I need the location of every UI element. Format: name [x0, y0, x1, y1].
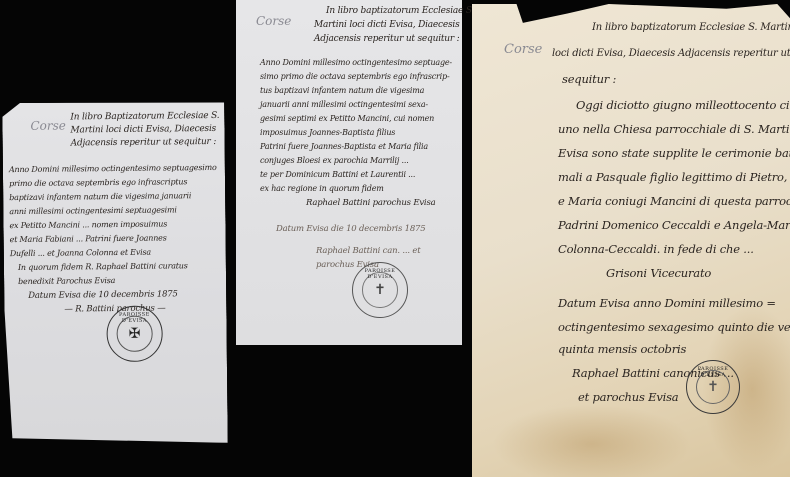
stamp-text: PAROISSE D'EVISA: [107, 312, 161, 325]
doc-line: In libro baptizatorum Ecclesiae S.: [326, 6, 474, 16]
doc-line: et parochus Evisa: [578, 390, 678, 404]
doc-line: In libro Baptizatorum Ecclesiae S.: [70, 111, 219, 123]
doc-line: Raphael Battini parochus Evisa: [306, 198, 435, 208]
doc-line: Dufelli ... et Joanna Colonna et Evisa: [10, 248, 151, 258]
doc-line: Patrini fuere Joannes-Baptista et Maria …: [260, 142, 428, 151]
doc-line: Datum Evisa die 10 decembris 1875: [28, 289, 178, 301]
doc-line: mali a Pasquale figlio legittimo di Piet…: [558, 170, 787, 184]
doc-line: primo die octava septembris ego infrascr…: [9, 177, 187, 188]
doc-line: baptizavi infantem natum die vigesima ja…: [9, 191, 191, 202]
water-stain: [492, 404, 692, 477]
document-right: Corse In libro baptizatorum Ecclesiae S.…: [472, 4, 790, 477]
doc-line: Raphael Battini can. ... et: [316, 246, 420, 256]
doc-line: Anno Domini millesimo octingentesimo sep…: [260, 58, 452, 67]
doc-line: imposuimus Joannes-Baptista filius: [260, 128, 395, 137]
doc-line: et Maria Fabiani ... Patrini fuere Joann…: [10, 233, 167, 244]
stamp-text: PAROISSE D'EVISA: [687, 366, 739, 378]
parish-stamp: PAROISSE D'EVISA ✝: [686, 360, 740, 414]
doc-line: quinta mensis octobris: [558, 342, 686, 356]
doc-line: loci dicti Evisa, Diaecesis Adjacensis r…: [552, 48, 790, 59]
doc-line: Padrini Domenico Ceccaldi e Angela-Maria: [558, 218, 790, 232]
doc-line: In libro baptizatorum Ecclesiae S. Marti…: [592, 22, 790, 33]
pencil-annotation: Corse: [504, 42, 542, 57]
doc-line: Colonna-Ceccaldi. in fede di che ...: [558, 242, 754, 256]
doc-line: ex hac regione in quorum fidem: [260, 184, 384, 193]
doc-line: Datum Evisa die 10 decembris 1875: [276, 224, 425, 234]
doc-line: tus baptizavi infantem natum die vigesim…: [260, 86, 424, 95]
doc-line: benedixit Parochus Evisa: [18, 276, 115, 286]
doc-line: simo primo die octava septembris ego inf…: [260, 72, 449, 81]
doc-line: Grisoni Vicecurato: [606, 266, 711, 280]
doc-line: Oggi diciotto giugno milleottocento cinq…: [576, 98, 790, 112]
doc-line: Anno Domini millesimo octingentesimo sep…: [9, 163, 217, 174]
doc-line: e Maria coniugi Mancini di questa parroc…: [558, 194, 790, 208]
document-left: Corse In libro Baptizatorum Ecclesiae S.…: [2, 101, 228, 445]
doc-line: anni millesimi octingentesimi septuagesi…: [9, 205, 177, 216]
doc-line: Martini loci dicti Evisa, Diaecesis: [314, 20, 460, 30]
stamp-text: PAROISSE D'EVISA: [353, 268, 407, 280]
parish-stamp: PAROISSE D'EVISA ✠: [106, 306, 163, 363]
doc-line: In quorum fidem R. Raphael Battini curat…: [18, 261, 188, 272]
pencil-annotation: Corse: [256, 14, 291, 28]
doc-line: conjuges Bloesi ex parochia Marrilij ...: [260, 156, 409, 165]
doc-line: Martini loci dicti Evisa, Diaecesis: [70, 124, 216, 136]
document-middle: Corse In libro baptizatorum Ecclesiae S.…: [236, 0, 462, 345]
doc-line: octingentesimo sexagesimo quinto die ver…: [558, 320, 790, 334]
doc-line: januarii anni millesimi octingentesimi s…: [260, 100, 428, 109]
doc-line: gesimi septimi ex Petitto Mancini, cui n…: [260, 114, 434, 123]
parish-stamp: PAROISSE D'EVISA ✝: [352, 262, 408, 318]
doc-line: Adjacensis reperitur ut sequitur :: [71, 137, 217, 149]
doc-line: Evisa sono state supplite le cerimonie b…: [558, 146, 790, 160]
doc-line: uno nella Chiesa parrocchiale di S. Mart…: [558, 122, 790, 136]
doc-line: te per Dominicum Battini et Laurentii ..…: [260, 170, 415, 179]
doc-line: Datum Evisa anno Domini millesimo =: [558, 296, 776, 310]
doc-line: Adjacensis reperitur ut sequitur :: [314, 34, 460, 44]
doc-line: sequitur :: [562, 72, 616, 86]
pencil-annotation: Corse: [30, 119, 66, 133]
doc-line: ex Petitto Mancini ... nomen imposuimus: [9, 219, 167, 230]
